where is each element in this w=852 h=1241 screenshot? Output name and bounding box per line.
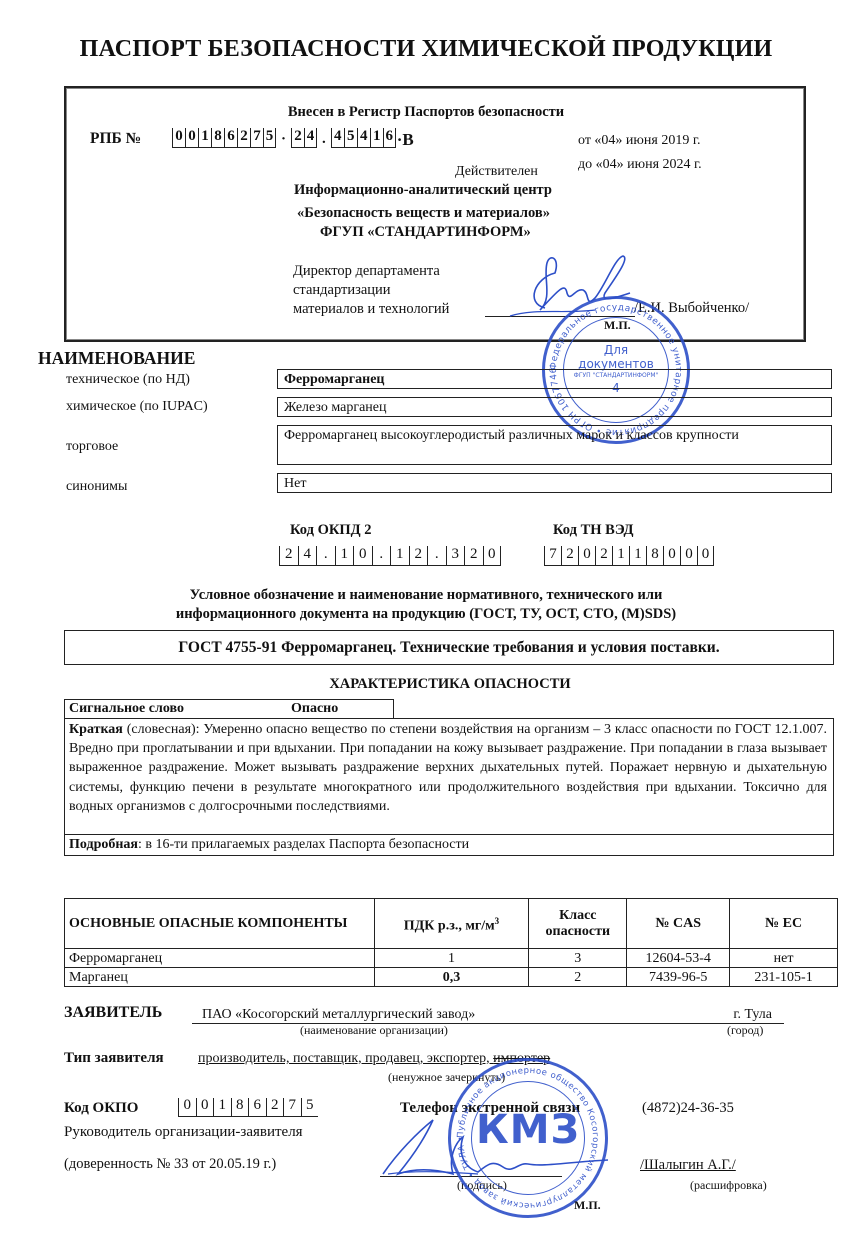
- code-digit-cell: 0: [697, 546, 714, 566]
- hazardous-components-table: ОСНОВНЫЕ ОПАСНЫЕ КОМПОНЕНТЫ ПДК р.з., мг…: [64, 898, 838, 987]
- code-digit-cell: 7: [544, 546, 561, 566]
- cell-cas: 7439-96-5: [627, 968, 730, 987]
- applicant-type-label: Тип заявителя: [64, 1050, 164, 1067]
- naming-value-chemical: Железо марганец: [277, 397, 832, 417]
- code-digit-cell: 1: [390, 546, 409, 566]
- head-of-applicant-label: Руководитель организации-заявителя: [64, 1124, 303, 1141]
- org-caption: (наименование организации): [300, 1023, 448, 1038]
- seal-mark: М.П.: [574, 1198, 601, 1213]
- seal-mark: М.П.: [604, 318, 631, 333]
- registry-header: Внесен в Регистр Паспортов безопасности: [0, 104, 852, 121]
- rpb-label: РПБ №: [90, 130, 141, 148]
- code-digit-cell: 0: [178, 1098, 196, 1117]
- cell-cas: 12604-53-4: [627, 949, 730, 968]
- col-header-name: ОСНОВНЫЕ ОПАСНЫЕ КОМПОНЕНТЫ: [65, 899, 375, 949]
- table-header-row: ОСНОВНЫЕ ОПАСНЫЕ КОМПОНЕНТЫ ПДК р.з., мг…: [65, 899, 838, 949]
- rpb-number: 00186275 · 24 . 45416 ·В: [172, 128, 414, 148]
- code-digit-cell: 6: [248, 1098, 266, 1117]
- cell-name: Марганец: [65, 968, 375, 987]
- rpb-group-3: 45416: [331, 128, 396, 148]
- detail-text: : в 16-ти прилагаемых разделах Паспорта …: [138, 837, 469, 852]
- code-digit-cell: 4: [304, 128, 317, 148]
- caption-line: Условное обозначение и наименование норм…: [0, 586, 852, 605]
- code-digit-cell: 8: [211, 128, 224, 148]
- col-header-class: Класс опасности: [529, 899, 627, 949]
- caption-line: информационного документа на продукцию (…: [0, 605, 852, 624]
- code-digit-cell: 0: [483, 546, 502, 566]
- code-digit-cell: 2: [561, 546, 578, 566]
- naming-value-synonyms: Нет: [277, 473, 832, 493]
- naming-label-technical: техническое (по НД): [66, 372, 190, 388]
- naming-label-chemical: химическое (по IUPAC): [66, 399, 208, 415]
- date-from: от «04» июня 2019 г.: [578, 133, 700, 149]
- naming-value-technical: Ферромарганец: [277, 369, 832, 389]
- naming-value-trade: Ферромарганец высокоуглеродистый различн…: [277, 425, 832, 465]
- applicant-city: г. Тула: [733, 1006, 772, 1024]
- document-title: ПАСПОРТ БЕЗОПАСНОСТИ ХИМИЧЕСКОЙ ПРОДУКЦИ…: [0, 36, 852, 63]
- signal-word-value: Опасно: [291, 700, 338, 718]
- cell-name: Ферромарганец: [65, 949, 375, 968]
- naming-label-trade: торговое: [66, 439, 118, 455]
- code-digit-cell: 0: [185, 128, 198, 148]
- pdk-header-text: ПДК р.з., мг/м: [404, 918, 495, 933]
- code-digit-cell: 5: [301, 1098, 319, 1117]
- applicant-type-selected: производитель, поставщик, продавец, эксп…: [198, 1051, 493, 1066]
- director-line: стандартизации: [293, 281, 449, 300]
- brief-sublabel: (словесная):: [123, 722, 203, 737]
- cell-ec: 231-105-1: [730, 968, 838, 987]
- okpo-code: 00186275: [178, 1098, 318, 1117]
- cell-class: 3: [529, 949, 627, 968]
- code-digit-cell: .: [427, 546, 446, 566]
- code-digit-cell: 2: [464, 546, 483, 566]
- decode-caption: (расшифровка): [690, 1178, 767, 1193]
- code-digit-cell: .: [372, 546, 391, 566]
- code-digit-cell: 1: [198, 128, 211, 148]
- brief-hazard-description: Краткая (словесная): Умеренно опасно вещ…: [64, 718, 834, 835]
- code-digit-cell: 0: [172, 128, 185, 148]
- city-caption: (город): [727, 1023, 763, 1038]
- pdk-header-sup: 3: [495, 916, 500, 926]
- cell-ec: нет: [730, 949, 838, 968]
- power-of-attorney: (доверенность № 33 от 20.05.19 г.): [64, 1156, 276, 1173]
- okpd-label: Код ОКПД 2: [290, 522, 372, 539]
- code-digit-cell: 6: [224, 128, 237, 148]
- center-name-line1: Информационно-аналитический центр: [294, 182, 552, 199]
- table-row: Ферромарганец 1 3 12604-53-4 нет: [65, 949, 838, 968]
- code-digit-cell: 0: [578, 546, 595, 566]
- code-digit-cell: 8: [646, 546, 663, 566]
- normative-doc-caption: Условное обозначение и наименование норм…: [0, 586, 852, 624]
- brief-label: Краткая: [69, 722, 123, 737]
- cell-class: 2: [529, 968, 627, 987]
- signal-word-box: Сигнальное слово Опасно: [64, 699, 394, 719]
- code-digit-cell: 3: [446, 546, 465, 566]
- code-digit-cell: 0: [196, 1098, 214, 1117]
- tnved-label: Код ТН ВЭД: [553, 522, 633, 539]
- center-name-line3: ФГУП «СТАНДАРТИНФОРМ»: [320, 224, 531, 241]
- code-digit-cell: 1: [370, 128, 383, 148]
- code-digit-cell: .: [316, 546, 335, 566]
- applicant-org-line: ПАО «Косогорский металлургический завод»…: [192, 1006, 784, 1024]
- code-digit-cell: 2: [279, 546, 298, 566]
- rpb-separator: .: [317, 131, 331, 148]
- code-digit-cell: 5: [263, 128, 276, 148]
- director-line: Директор департамента: [293, 262, 449, 281]
- emergency-phone-value: (4872)24-36-35: [642, 1100, 734, 1117]
- code-digit-cell: 2: [237, 128, 250, 148]
- code-digit-cell: 2: [409, 546, 428, 566]
- code-digit-cell: 5: [344, 128, 357, 148]
- col-header-cas: № CAS: [627, 899, 730, 949]
- rpb-suffix: ·В: [396, 131, 414, 148]
- cell-pdk: 1: [374, 949, 529, 968]
- applicant-org: ПАО «Косогорский металлургический завод»: [192, 1007, 475, 1022]
- okpo-label: Код ОКПО: [64, 1100, 138, 1117]
- code-digit-cell: 1: [213, 1098, 231, 1117]
- code-digit-cell: 1: [612, 546, 629, 566]
- code-digit-cell: 7: [283, 1098, 301, 1117]
- cell-pdk: 0,3: [374, 968, 529, 987]
- table-row: Марганец 0,3 2 7439-96-5 231-105-1: [65, 968, 838, 987]
- director-line: материалов и технологий: [293, 300, 449, 319]
- rpb-group-2: 24: [291, 128, 317, 148]
- detailed-hazard-description: Подробная: в 16-ти прилагаемых разделах …: [64, 834, 834, 856]
- valid-label: Действителен: [455, 164, 538, 180]
- signer-name: /Шалыгин А.Г./: [640, 1157, 736, 1174]
- tnved-code: 7202118000: [544, 546, 714, 566]
- code-digit-cell: 6: [383, 128, 396, 148]
- applicant-label: ЗАЯВИТЕЛЬ: [64, 1004, 162, 1022]
- hazard-section-title: ХАРАКТЕРИСТИКА ОПАСНОСТИ: [0, 676, 852, 693]
- code-digit-cell: 2: [291, 128, 304, 148]
- naming-section-title: НАИМЕНОВАНИЕ: [38, 348, 195, 369]
- code-digit-cell: 0: [663, 546, 680, 566]
- date-to: до «04» июня 2024 г.: [578, 157, 702, 173]
- center-name-line2: «Безопасность веществ и материалов»: [297, 205, 550, 222]
- code-digit-cell: 0: [353, 546, 372, 566]
- okpd-code: 24.10.12.320: [279, 546, 501, 566]
- director-title: Директор департамента стандартизации мат…: [293, 262, 449, 319]
- code-digit-cell: 4: [298, 546, 317, 566]
- code-digit-cell: 0: [680, 546, 697, 566]
- rpb-group-1: 00186275: [172, 128, 276, 148]
- signal-word-label: Сигнальное слово: [69, 701, 184, 716]
- code-digit-cell: 2: [266, 1098, 284, 1117]
- col-header-pdk: ПДК р.з., мг/м3: [374, 899, 529, 949]
- naming-label-synonyms: синонимы: [66, 479, 127, 495]
- applicant-signature-icon: [378, 1112, 628, 1182]
- code-digit-cell: 4: [331, 128, 344, 148]
- code-digit-cell: 1: [629, 546, 646, 566]
- code-digit-cell: 1: [335, 546, 354, 566]
- detail-label: Подробная: [69, 837, 138, 852]
- code-digit-cell: 2: [595, 546, 612, 566]
- code-digit-cell: 7: [250, 128, 263, 148]
- rpb-separator: ·: [276, 131, 291, 148]
- code-digit-cell: 4: [357, 128, 370, 148]
- col-header-ec: № ЕС: [730, 899, 838, 949]
- normative-doc-value: ГОСТ 4755-91 Ферромарганец. Технические …: [64, 630, 834, 665]
- code-digit-cell: 8: [231, 1098, 249, 1117]
- stamp-text: Для: [545, 343, 687, 357]
